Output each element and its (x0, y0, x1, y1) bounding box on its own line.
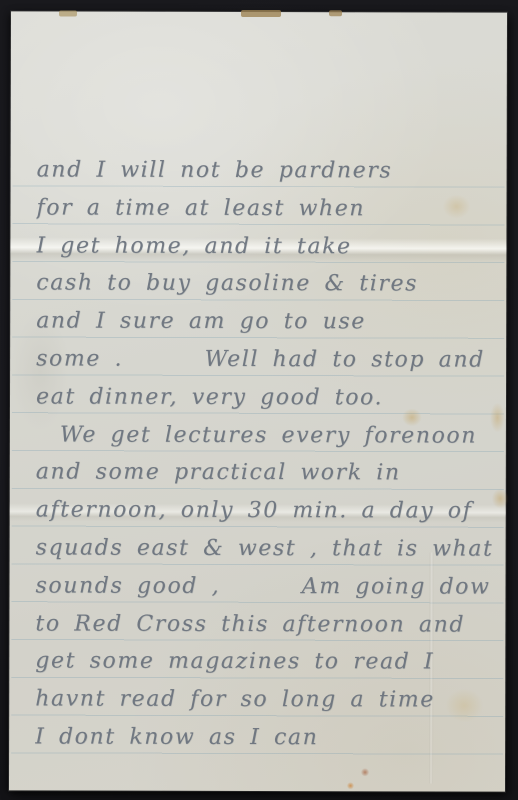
handwriting-block: and I will not be pardners for a time at… (35, 151, 493, 757)
foxing-stain (347, 782, 354, 789)
handwriting-line: and I sure am go to use (36, 303, 492, 342)
photo-background: and I will not be pardners for a time at… (0, 0, 518, 800)
handwriting-line: We get lectures every forenoon (36, 416, 492, 455)
handwriting-line: cash to buy gasoline & tires (36, 265, 492, 304)
handwriting-line: afternoon, only 30 min. a day of (36, 492, 492, 531)
handwriting-line: I dont know as I can (35, 718, 491, 757)
tape-remnant (329, 10, 342, 16)
handwriting-line: I get home, and it take (36, 227, 492, 266)
handwriting-line: and I will not be pardners (37, 151, 493, 190)
handwriting-line: and some practical work in (36, 454, 492, 493)
handwriting-line: some . Well had to stop and (36, 340, 492, 379)
letter-page: and I will not be pardners for a time at… (9, 11, 507, 791)
foxing-stain (361, 768, 369, 776)
handwriting-line: for a time at least when (36, 189, 492, 228)
handwriting-line: eat dinner, very good too. (36, 378, 492, 417)
handwriting-line: squads east & west , that is what (36, 529, 492, 568)
tape-remnant (241, 10, 281, 17)
tape-remnant (59, 10, 77, 16)
handwriting-line: to Red Cross this afternoon and (35, 605, 491, 644)
handwriting-line: havnt read for so long a time (35, 681, 491, 720)
handwriting-line: get some magazines to read I (35, 643, 491, 682)
handwriting-line: sounds good , Am going down (35, 567, 491, 606)
